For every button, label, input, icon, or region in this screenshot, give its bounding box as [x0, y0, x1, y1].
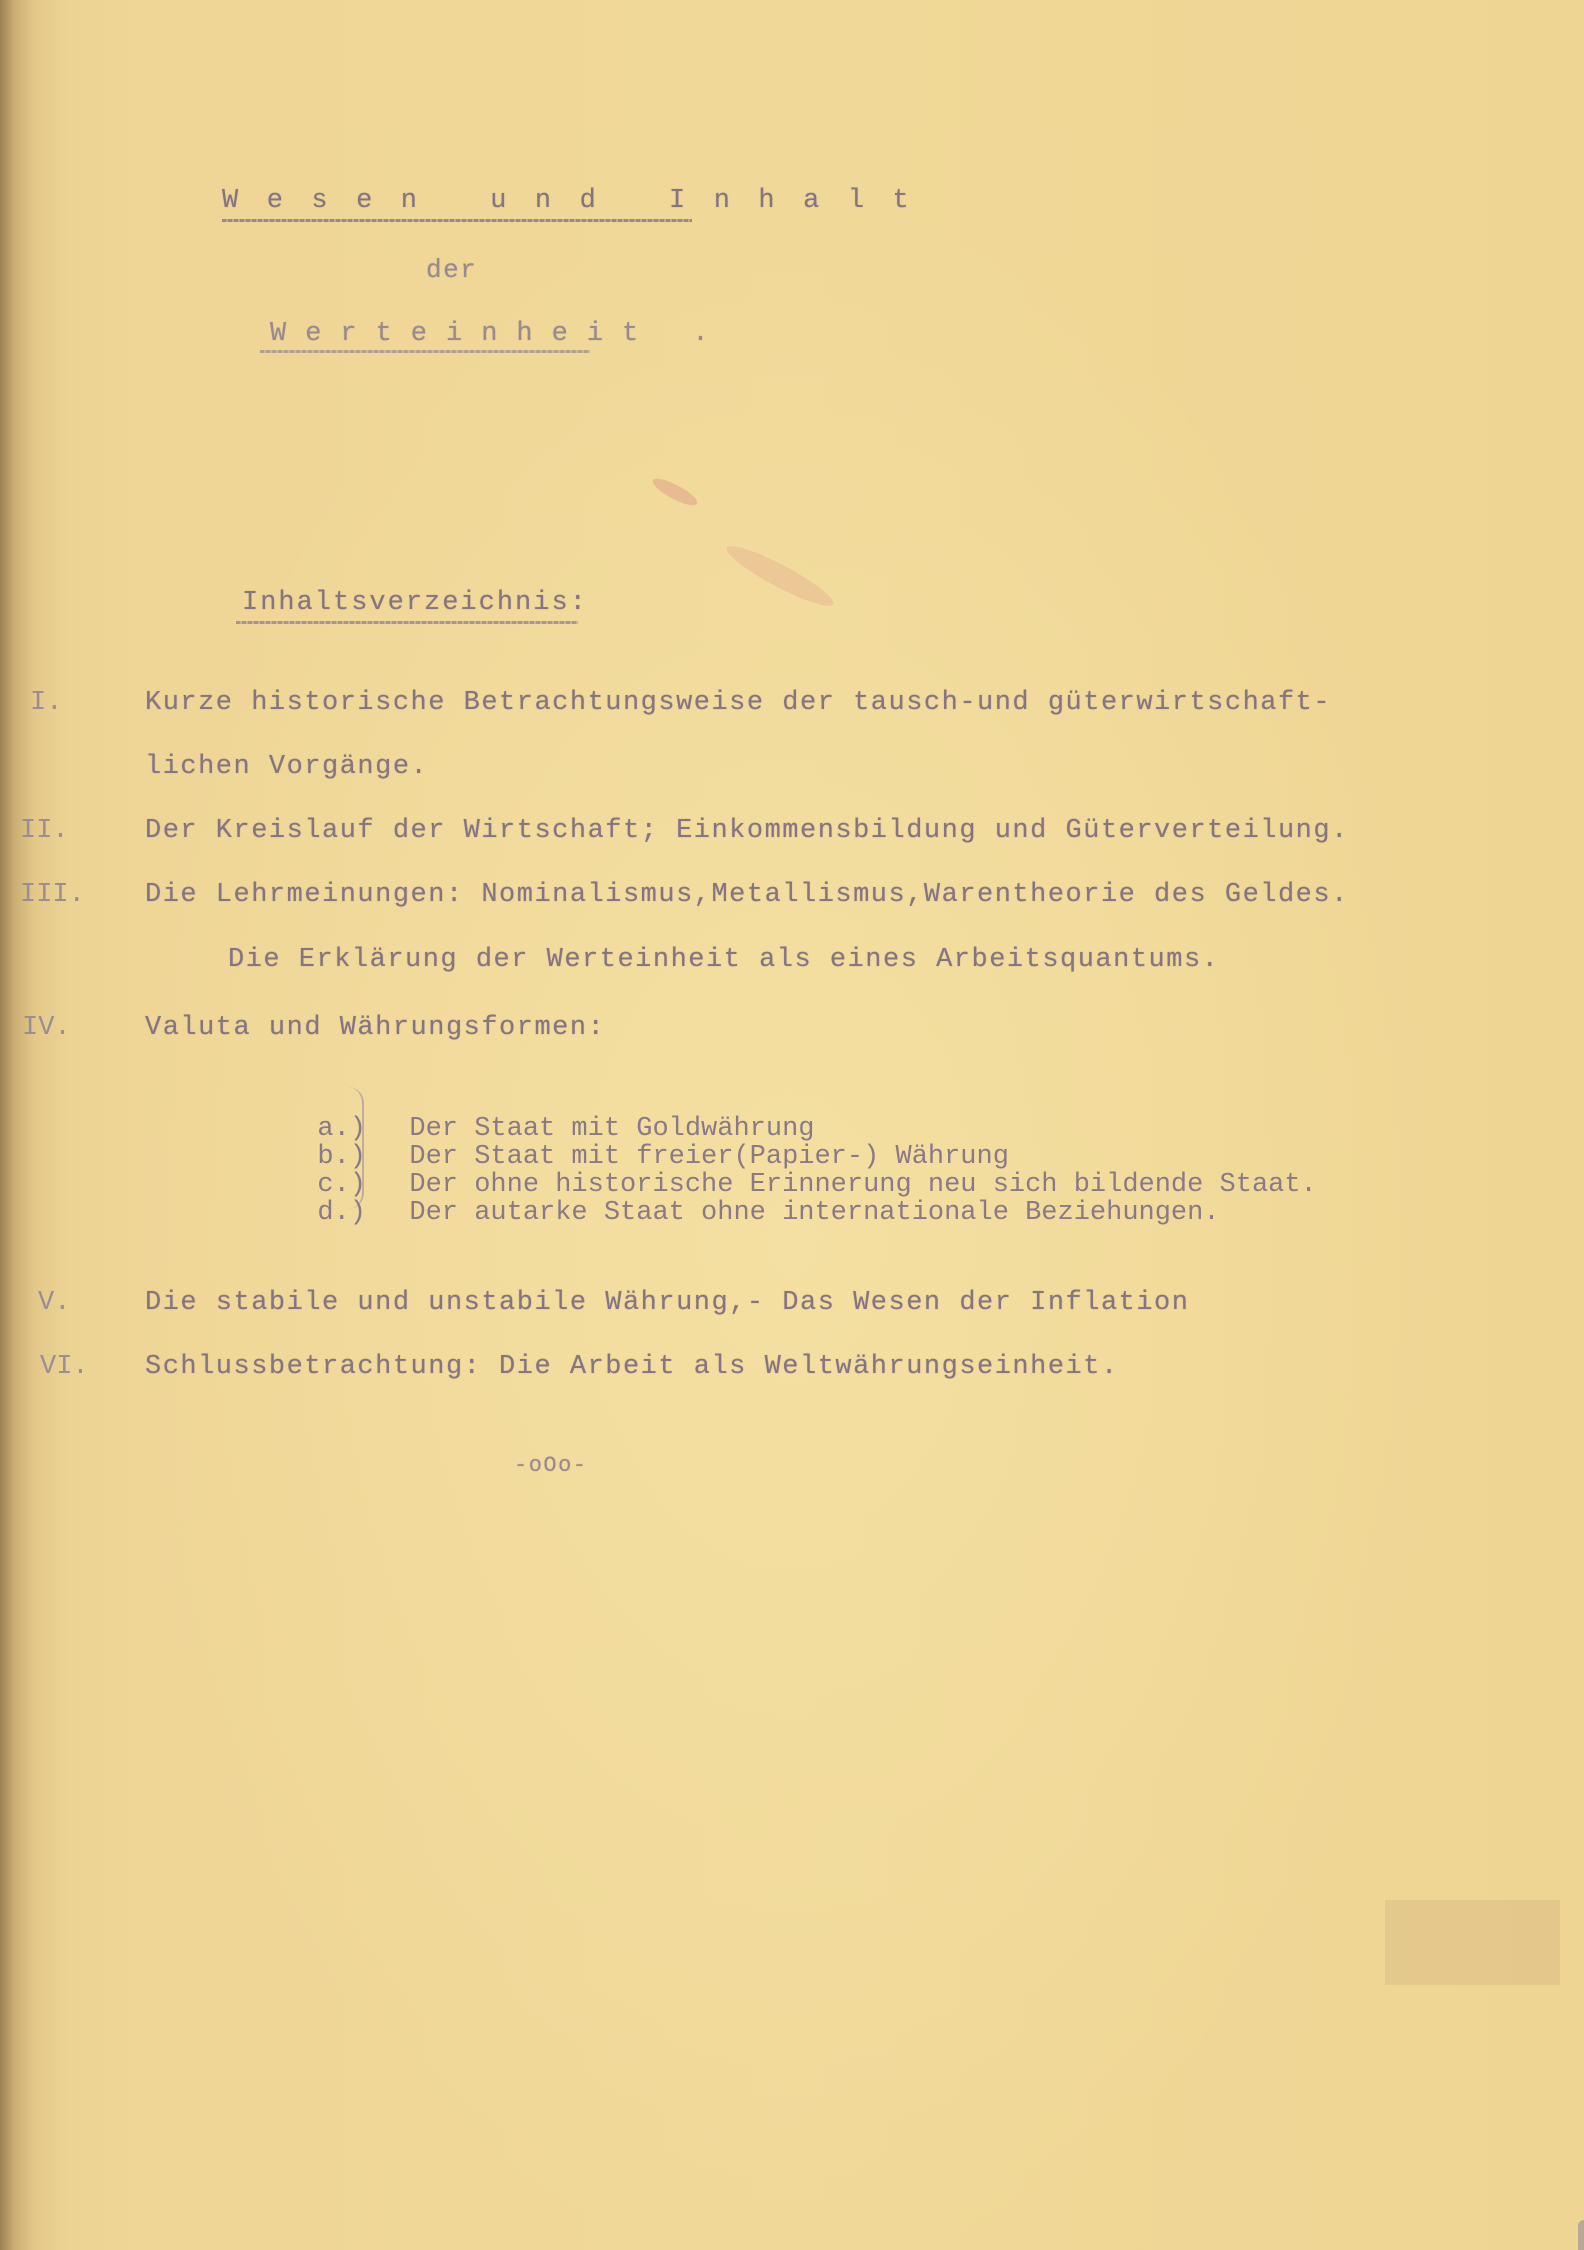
title-underline-3 [260, 350, 590, 353]
section-text: Der Kreislauf der Wirtschaft; Einkommens… [145, 816, 1349, 846]
section-numeral: V. [38, 1288, 70, 1318]
section-text: Die stabile und unstabile Währung,- Das … [145, 1288, 1189, 1318]
title-underline-1 [222, 219, 692, 222]
section-text: Kurze historische Betrachtungsweise der … [145, 688, 1331, 718]
section-numeral: III. [20, 880, 85, 910]
sub-item-label: d.) [317, 1198, 377, 1228]
section-text: Schlussbetrachtung: Die Arbeit als Weltw… [145, 1352, 1119, 1382]
section-numeral: VI. [40, 1352, 89, 1382]
title-line-2: der [426, 255, 477, 285]
section-numeral: II. [20, 816, 69, 846]
toc-heading: Inhaltsverzeichnis: [242, 588, 588, 618]
sub-item: d.)Der autarke Staat ohne internationale… [285, 1168, 1220, 1228]
sub-item-text: Der autarke Staat ohne internationale Be… [409, 1198, 1219, 1228]
page-corner [1578, 2220, 1584, 2250]
section-text: Die Lehrmeinungen: Nominalismus,Metallis… [145, 880, 1349, 910]
section-numeral: IV. [22, 1013, 71, 1043]
title-line-1: Wesen und Inhalt [222, 186, 937, 216]
section-text: lichen Vorgänge. [145, 752, 428, 782]
section-continuation: Die Erklärung der Werteinheit als eines … [228, 945, 1219, 975]
section-text: Valuta und Währungsformen: [145, 1013, 605, 1043]
section-numeral: I. [30, 688, 62, 718]
title-line-3: Werteinheit . [270, 319, 728, 349]
toc-heading-underline [236, 621, 578, 624]
paper-stain [1385, 1900, 1560, 1985]
end-mark: -oOo- [514, 1453, 588, 1478]
